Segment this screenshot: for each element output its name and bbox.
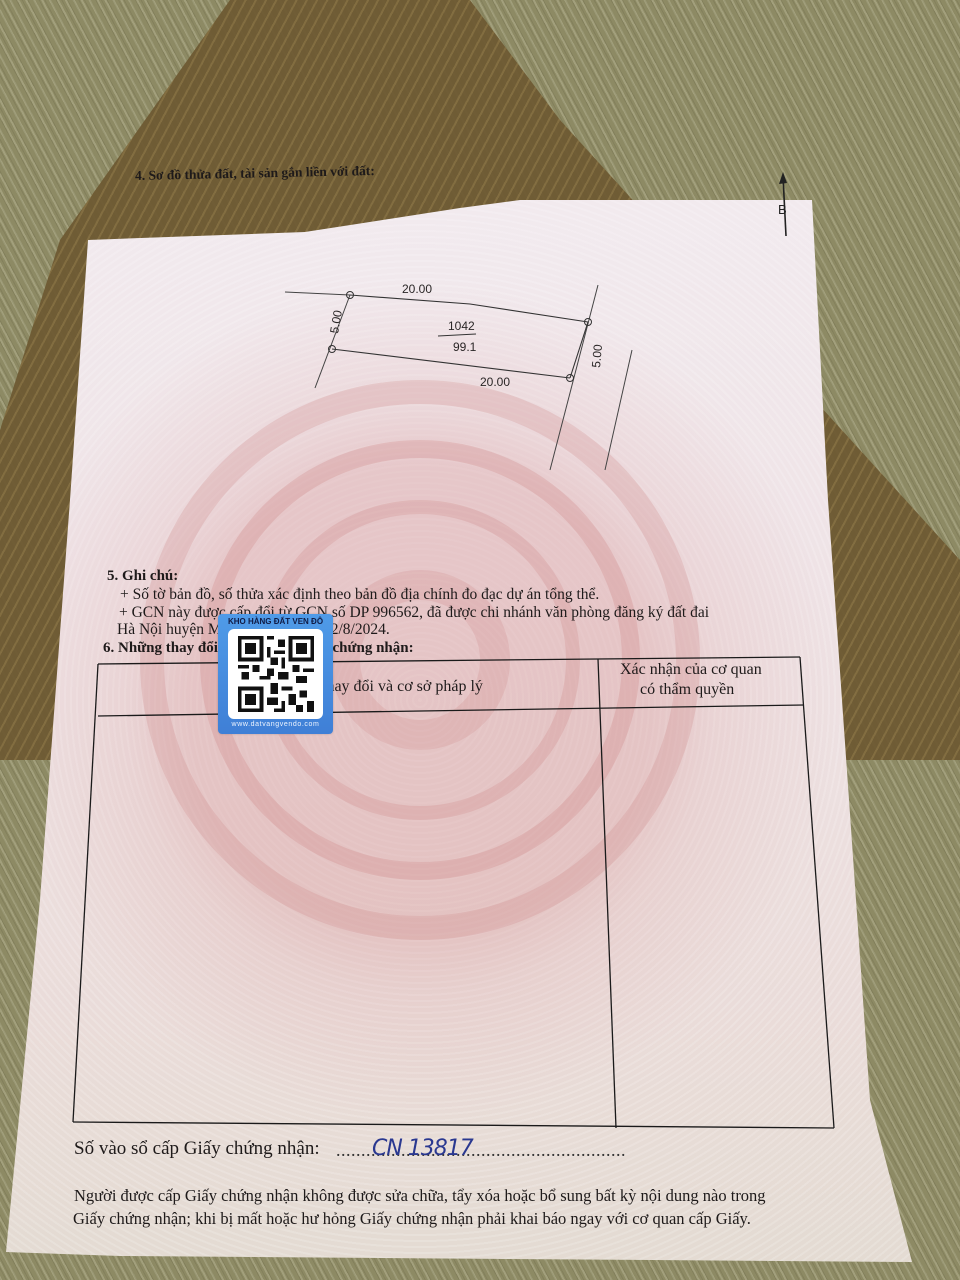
column-header-confirmation: Xác nhận của cơ quan: [620, 661, 762, 679]
north-label: B: [778, 202, 787, 217]
note-line: + GCN này được cấp đổi từ GCN số DP 9965…: [119, 604, 709, 622]
edge-right-length: 5.00: [589, 343, 605, 368]
registration-label: Số vào sổ cấp Giấy chứng nhận:: [74, 1138, 320, 1160]
note-line: + Số tờ bản đồ, số thửa xác định theo bả…: [120, 586, 599, 604]
edge-bottom-length: 20.00: [480, 375, 510, 389]
parcel-diagram: 20.00 20.00 5.00 5.00 1042 99.1: [270, 270, 670, 470]
parcel-number: 1042: [448, 319, 475, 333]
north-arrow-icon: B: [770, 170, 800, 240]
section-5-title: 5. Ghi chú:: [107, 568, 178, 585]
warning-line: Người được cấp Giấy chứng nhận không đượ…: [74, 1186, 766, 1206]
edge-top-length: 20.00: [402, 282, 432, 296]
warning-line: Giấy chứng nhận; khi bị mất hoặc hư hỏng…: [73, 1209, 751, 1229]
badge-title: KHO HÀNG ĐẤT VEN ĐÔ: [218, 617, 333, 626]
edge-left-length: 5.00: [327, 309, 345, 335]
qr-code-icon[interactable]: [228, 629, 323, 719]
qr-watermark-badge[interactable]: KHO HÀNG ĐẤT VEN ĐÔ www.datvangvendo.com: [218, 614, 333, 734]
parcel-area: 99.1: [453, 340, 477, 354]
column-header-confirmation-line2: có thẩm quyền: [640, 681, 734, 699]
registration-number: CN 13817: [372, 1136, 473, 1161]
badge-url[interactable]: www.datvangvendo.com: [218, 721, 333, 728]
